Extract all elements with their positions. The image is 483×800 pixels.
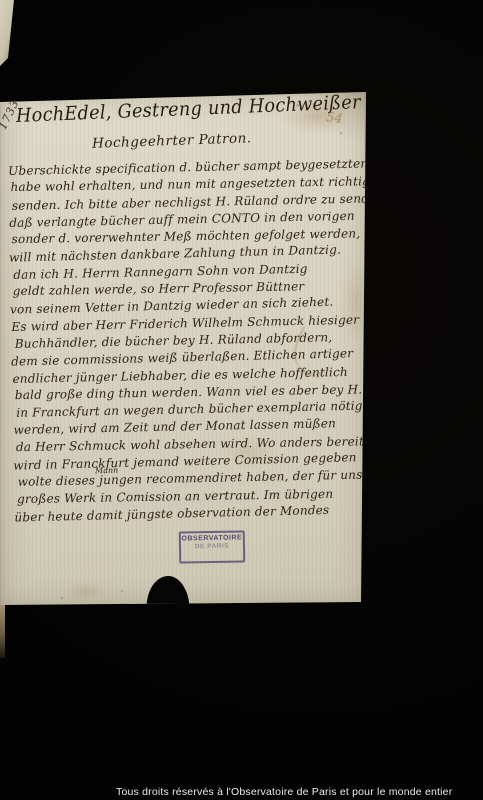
observatory-library-stamp: OBSERVATOIRE DE PARIS xyxy=(179,530,246,563)
manuscript-page: 1733 54 HochEdel, Gestreng und Hochweiße… xyxy=(0,92,367,608)
adjacent-page-edge xyxy=(0,0,15,66)
letter-salutation-line1: HochEdel, Gestreng und Hochweißer Herr, xyxy=(16,89,415,127)
stamp-text-line2: DE PARIS xyxy=(181,542,243,550)
page-holder-shadow xyxy=(145,575,189,610)
interlinear-insertion: Mann xyxy=(95,466,118,475)
letter-salutation-line2: Hochgeehrter Patron. xyxy=(92,130,252,152)
book-spine-edge xyxy=(0,604,5,658)
copyright-caption: Tous droits réservés à l'Observatoire de… xyxy=(116,786,452,798)
stamp-text-line1: OBSERVATOIRE xyxy=(181,534,243,542)
scan-background: 1733 54 HochEdel, Gestreng und Hochweiße… xyxy=(0,0,483,800)
